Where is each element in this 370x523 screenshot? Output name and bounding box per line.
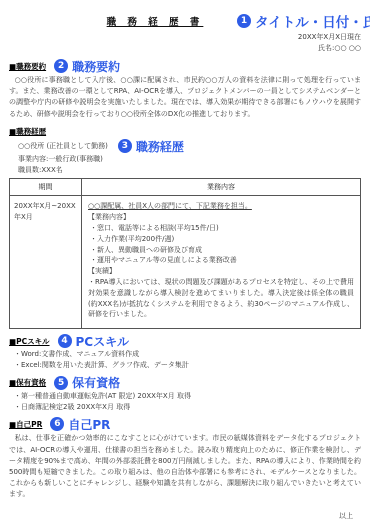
duty-item: ・運用やマニュアル等の見直しによる業務改善	[90, 255, 354, 266]
self-pr-heading: ■自己PR	[9, 419, 42, 430]
self-pr-heading-row: ■自己PR 6 自己PR	[9, 416, 361, 432]
header-meta: 20XX年X月X日現在 氏名:○○ ○○	[9, 32, 361, 54]
summary-heading: ■職務要約	[9, 61, 46, 72]
table-header-period: 期間	[10, 179, 82, 196]
callout-self-pr: 6 自己PR	[50, 416, 110, 433]
current-date: 20XX年X月X日現在	[9, 32, 361, 43]
staff-count: 職員数:XXX名	[18, 165, 361, 176]
section-pc-skills: ■PCスキル 4 PCスキル ・Word:文書作成、マニュアル資料作成 ・Exc…	[9, 333, 361, 372]
callout-number-badge: 2	[54, 59, 68, 73]
employer-row: ○○役所 (正社員として勤務) 3 職務経歴	[18, 139, 361, 154]
section-career: ■職務経歴 ○○役所 (正社員として勤務) 3 職務経歴 事業内容:一般行政(事…	[9, 126, 361, 329]
career-table: 期間 業務内容 20XX年X月~20XX年X月 ○○課配属、社員X人の部門にて、…	[9, 178, 361, 329]
self-pr-text: 私は、仕事を正確かつ効率的にこなすことに心がけています。市民の紙媒体資料をデータ…	[9, 433, 361, 500]
summary-heading-row: ■職務要約 2 職務要約	[9, 58, 361, 74]
duty-item: ・入力作業(平均200件/週)	[90, 234, 354, 245]
section-self-pr: ■自己PR 6 自己PR 私は、仕事を正確かつ効率的にこなすことに心がけています…	[9, 416, 361, 500]
career-heading: ■職務経歴	[9, 126, 46, 137]
duty-item: ・新人、異動職員への研修及び育成	[90, 245, 354, 256]
table-cell-detail: ○○課配属、社員X人の部門にて、下記業務を担当。 【業務内容】 ・窓口、電話等に…	[82, 196, 360, 328]
callout-pc-skills: 4 PCスキル	[58, 333, 129, 350]
callout-label: 職務経歴	[136, 138, 184, 155]
pc-skills-heading: ■PCスキル	[9, 336, 50, 347]
callout-number-badge: 4	[58, 334, 72, 348]
applicant-name: 氏名:○○ ○○	[9, 43, 361, 54]
resume-document-page: 職 務 経 歴 書 1 タイトル・日付・氏名 20XX年X月X日現在 氏名:○○…	[0, 0, 370, 523]
callout-label: 自己PR	[68, 416, 110, 433]
assignment-line: ○○課配属、社員X人の部門にて、下記業務を担当。	[88, 201, 354, 212]
callout-career: 3 職務経歴	[118, 138, 184, 155]
table-header-detail: 業務内容	[82, 179, 360, 196]
callout-number-badge: 6	[50, 417, 64, 431]
company-info: ○○役所 (正社員として勤務) 3 職務経歴 事業内容:一般行政(事務職) 職員…	[18, 139, 361, 177]
employer-name: ○○役所 (正社員として勤務)	[18, 141, 108, 152]
pc-skill-item: ・Word:文書作成、マニュアル資料作成	[14, 349, 361, 360]
section-summary: ■職務要約 2 職務要約 ○○役所に事務職として入庁後、○○課に配属され、市民約…	[9, 58, 361, 120]
callout-label: タイトル・日付・氏名	[255, 11, 370, 31]
qualifications-list: ・第一種普通自動車運転免許(AT 限定) 20XX年X月 取得 ・日商簿記検定2…	[14, 391, 361, 414]
callout-summary: 2 職務要約	[54, 58, 120, 75]
qualifications-heading-row: ■保有資格 5 保有資格	[9, 375, 361, 391]
callout-label: PCスキル	[76, 333, 129, 350]
results-heading: 【実績】	[88, 266, 354, 277]
callout-label: 保有資格	[72, 374, 120, 391]
results-text: ・RPA導入においては、現状の問題及び課題があるプロセスを特定し、その上で費用対…	[88, 277, 354, 320]
pc-skills-heading-row: ■PCスキル 4 PCスキル	[9, 333, 361, 349]
duties-heading: 【業務内容】	[88, 212, 354, 223]
duties-list: ・窓口、電話等による相談(平均15件/日) ・入力作業(平均200件/週) ・新…	[90, 223, 354, 266]
pc-skill-item: ・Excel:関数を用いた表計算、グラフ作成、データ集計	[14, 360, 361, 371]
business-description: 事業内容:一般行政(事務職)	[18, 154, 361, 165]
document-header: 職 務 経 歴 書 1 タイトル・日付・氏名 20XX年X月X日現在 氏名:○○…	[9, 8, 361, 56]
section-qualifications: ■保有資格 5 保有資格 ・第一種普通自動車運転免許(AT 限定) 20XX年X…	[9, 375, 361, 414]
summary-text: ○○役所に事務職として入庁後、○○課に配属され、市民約○○万人の資料を法律に則っ…	[9, 75, 361, 120]
qualifications-heading: ■保有資格	[9, 377, 46, 388]
career-heading-row: ■職務経歴	[9, 126, 361, 138]
duty-item: ・窓口、電話等による相談(平均15件/日)	[90, 223, 354, 234]
table-cell-period: 20XX年X月~20XX年X月	[10, 196, 82, 328]
callout-label: 職務要約	[72, 58, 120, 75]
callout-number-badge: 3	[118, 139, 132, 153]
closing-mark: 以上	[9, 511, 361, 521]
qualification-item: ・日商簿記検定2級 20XX年X月 取得	[14, 402, 361, 413]
qualification-item: ・第一種普通自動車運転免許(AT 限定) 20XX年X月 取得	[14, 391, 361, 402]
pc-skills-list: ・Word:文書作成、マニュアル資料作成 ・Excel:関数を用いた表計算、グラ…	[14, 349, 361, 372]
callout-number-badge: 5	[54, 376, 68, 390]
callout-number-badge: 1	[237, 14, 251, 28]
callout-qualifications: 5 保有資格	[54, 374, 120, 391]
callout-title-date-name: 1 タイトル・日付・氏名	[237, 11, 370, 31]
